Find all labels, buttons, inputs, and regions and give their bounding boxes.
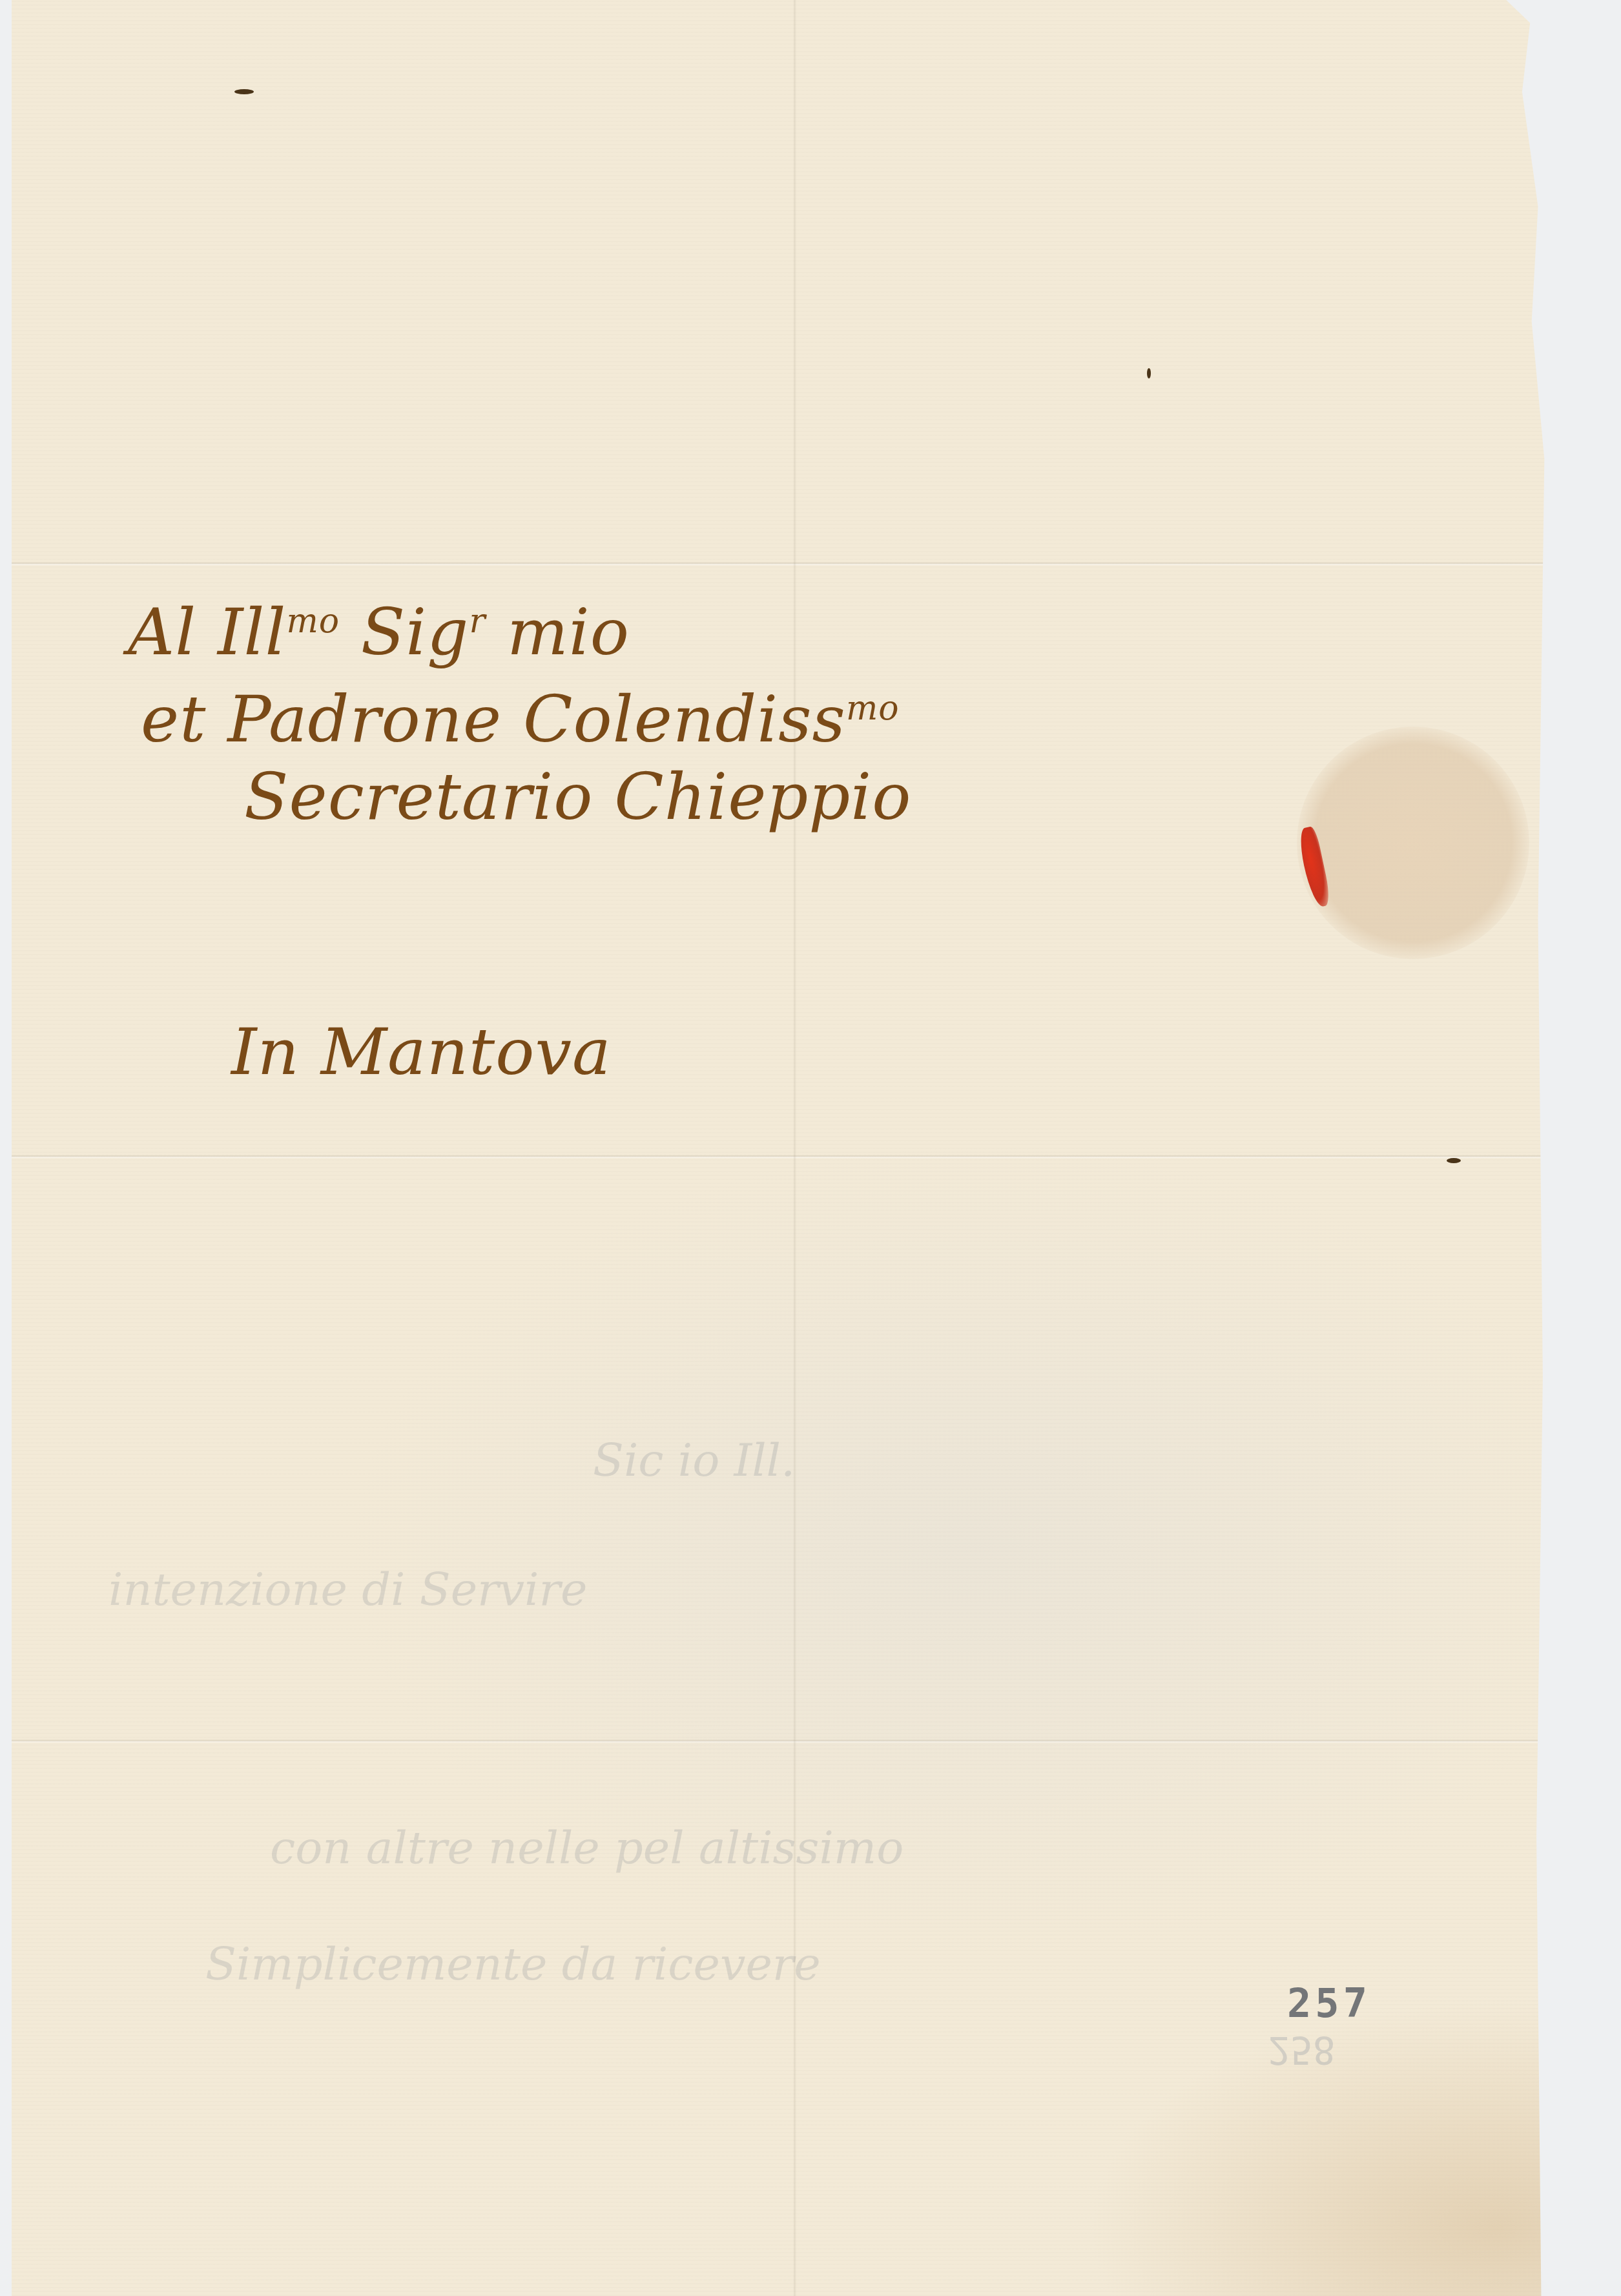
ink-speck (1447, 1158, 1461, 1163)
paper-sheet: Sic io Ill. intenzione di Servire con al… (12, 0, 1602, 2296)
bleed-through-text: con altre nelle pel altissimo (270, 1821, 903, 1874)
address-line-salutation: Al Illmo Sigr mio (128, 594, 630, 670)
address-line-title: et Padrone Colendissmo (141, 681, 900, 757)
bleed-through-text: Simplicemente da ricevere (205, 1938, 821, 1991)
bleed-through-text: intenzione di Servire (108, 1563, 587, 1616)
ink-speck (1147, 368, 1151, 378)
ink-speck (234, 89, 254, 94)
folio-number-stamp: 257 (1287, 1980, 1371, 2027)
seal-stain (1297, 727, 1529, 959)
horizontal-fold-line (12, 562, 1602, 566)
address-line-recipient: Secretario Chieppio (244, 759, 912, 834)
horizontal-fold-line (12, 1155, 1602, 1159)
address-line-destination: In Mantova (231, 1014, 612, 1090)
bleed-through-text: Sic io Ill. (593, 1434, 795, 1487)
folio-number-stamp-faint: 258 (1268, 2028, 1336, 2072)
horizontal-fold-line (12, 1739, 1602, 1743)
